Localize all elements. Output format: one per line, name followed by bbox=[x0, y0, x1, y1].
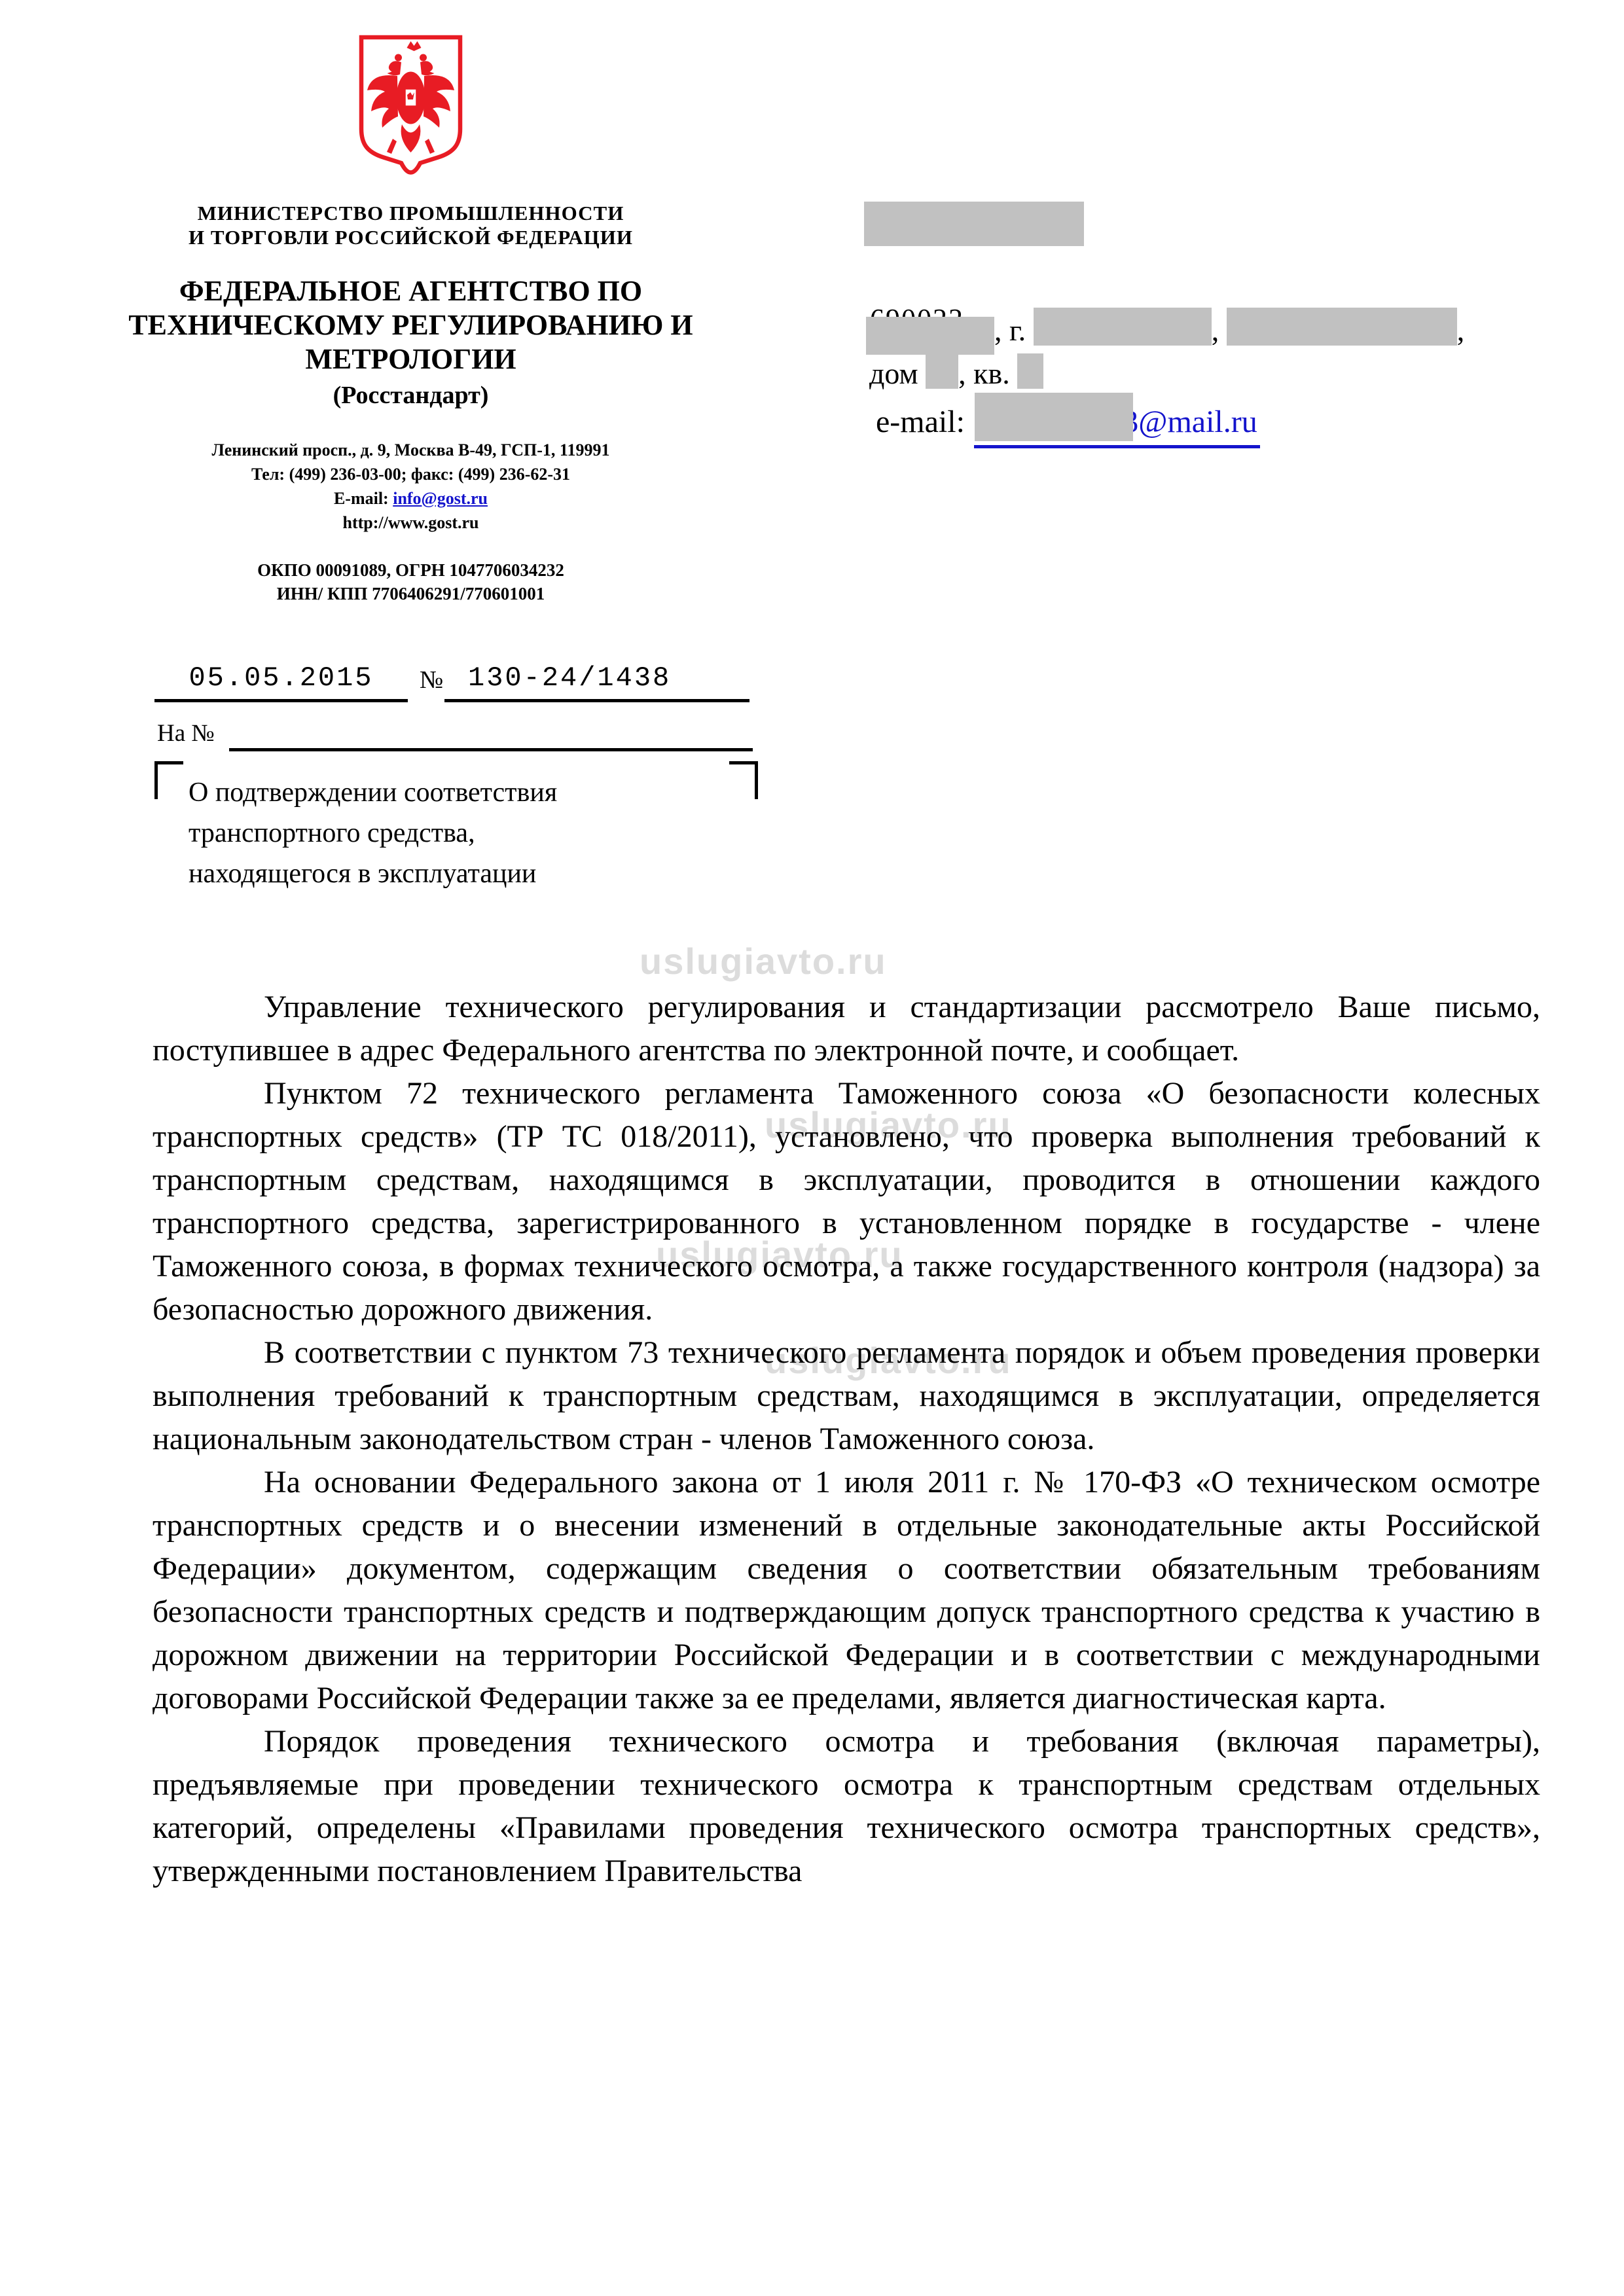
addressee-postal-code: 690022 bbox=[866, 306, 994, 346]
ministry-name-line-1: МИНИСТЕРСТВО ПРОМЫШЛЕННОСТИ bbox=[111, 201, 710, 225]
subject-corner-mark-right bbox=[729, 761, 758, 799]
separator-comma-2: , bbox=[1457, 314, 1465, 347]
letterhead: МИНИСТЕРСТВО ПРОМЫШЛЕННОСТИ И ТОРГОВЛИ Р… bbox=[111, 30, 710, 605]
subject-corner-mark-left bbox=[154, 761, 183, 799]
agency-postal-address: Ленинский просп., д. 9, Москва В-49, ГСП… bbox=[111, 438, 710, 462]
addressee-email-label: e-mail: bbox=[876, 404, 965, 439]
email-visible-tail: 3@mail.ru bbox=[1123, 404, 1257, 439]
agency-email-label: E-mail: bbox=[334, 489, 393, 508]
addressee-address-line: 690022 , г. , , bbox=[866, 306, 1464, 348]
okpo-ogrn-line: ОКПО 00091089, ОГРН 1047706034232 bbox=[111, 558, 710, 582]
reply-to-label: На № bbox=[157, 719, 215, 751]
agency-email-link[interactable]: info@gost.ru bbox=[393, 489, 488, 508]
redaction-box-house-number bbox=[926, 353, 958, 389]
redaction-box-city bbox=[1034, 308, 1212, 346]
letter-body: Управление технического регулирования и … bbox=[153, 986, 1540, 1893]
addressee-house-line: дом , кв. bbox=[869, 353, 1043, 391]
letter-date: 05.05.2015 bbox=[154, 662, 408, 702]
agency-phone-fax: Тел: (499) 236-03-00; факс: (499) 236-62… bbox=[111, 462, 710, 486]
scanned-letter-page: МИНИСТЕРСТВО ПРОМЫШЛЕННОСТИ И ТОРГОВЛИ Р… bbox=[0, 0, 1624, 2296]
ministry-name-line-2: И ТОРГОВЛИ РОССИЙСКОЙ ФЕДЕРАЦИИ bbox=[111, 225, 710, 249]
redaction-box-postal-code bbox=[866, 317, 994, 355]
redaction-box-recipient-name bbox=[864, 202, 1084, 246]
subject-line-2: транспортного средства, bbox=[189, 813, 699, 853]
agency-name-line-2: ТЕХНИЧЕСКОМУ РЕГУЛИРОВАНИЮ И bbox=[111, 308, 710, 342]
body-paragraph: Пунктом 72 технического регламента Тамож… bbox=[153, 1072, 1540, 1331]
agency-email-line: E-mail: info@gost.ru bbox=[111, 486, 710, 511]
city-prefix: , г. bbox=[994, 314, 1026, 347]
body-paragraph: На основании Федерального закона от 1 ию… bbox=[153, 1461, 1540, 1720]
redaction-box-street bbox=[1227, 308, 1457, 346]
redaction-box-apartment-number bbox=[1017, 353, 1043, 389]
agency-short-name: (Росстандарт) bbox=[111, 382, 710, 409]
inn-kpp-line: ИНН/ КПП 7706406291/770601001 bbox=[111, 582, 710, 605]
reply-to-row: На № bbox=[157, 717, 753, 751]
addressee-email-link[interactable]: a3@mail.ru bbox=[974, 393, 1260, 448]
number-sign: № bbox=[408, 666, 444, 702]
agency-website: http://www.gost.ru bbox=[111, 511, 710, 535]
russia-coat-of-arms-emblem bbox=[353, 30, 468, 185]
watermark-uslugiavto: uslugiavto.ru bbox=[640, 940, 887, 982]
house-label: дом bbox=[869, 357, 918, 390]
subject-line-1: О подтверждении соответствия bbox=[189, 772, 699, 813]
letter-subject: О подтверждении соответствия транспортно… bbox=[189, 772, 699, 894]
apartment-label: , кв. bbox=[958, 357, 1010, 390]
reference-row: 05.05.2015№130-24/1438 bbox=[154, 662, 749, 702]
reply-to-blank-line bbox=[229, 717, 753, 751]
redaction-box-email-local-part bbox=[975, 393, 1133, 441]
body-paragraph: Порядок проведения технического осмотра … bbox=[153, 1720, 1540, 1893]
body-paragraph: В соответствии с пунктом 73 технического… bbox=[153, 1331, 1540, 1461]
addressee-email-line: e-mail:a3@mail.ru bbox=[876, 393, 1260, 448]
letter-number: 130-24/1438 bbox=[444, 662, 749, 702]
body-paragraph: Управление технического регулирования и … bbox=[153, 986, 1540, 1072]
subject-line-3: находящегося в эксплуатации bbox=[189, 853, 699, 894]
agency-name-line-3: МЕТРОЛОГИИ bbox=[111, 342, 710, 376]
separator-comma-1: , bbox=[1212, 314, 1219, 347]
agency-name-line-1: ФЕДЕРАЛЬНОЕ АГЕНТСТВО ПО bbox=[111, 274, 710, 308]
